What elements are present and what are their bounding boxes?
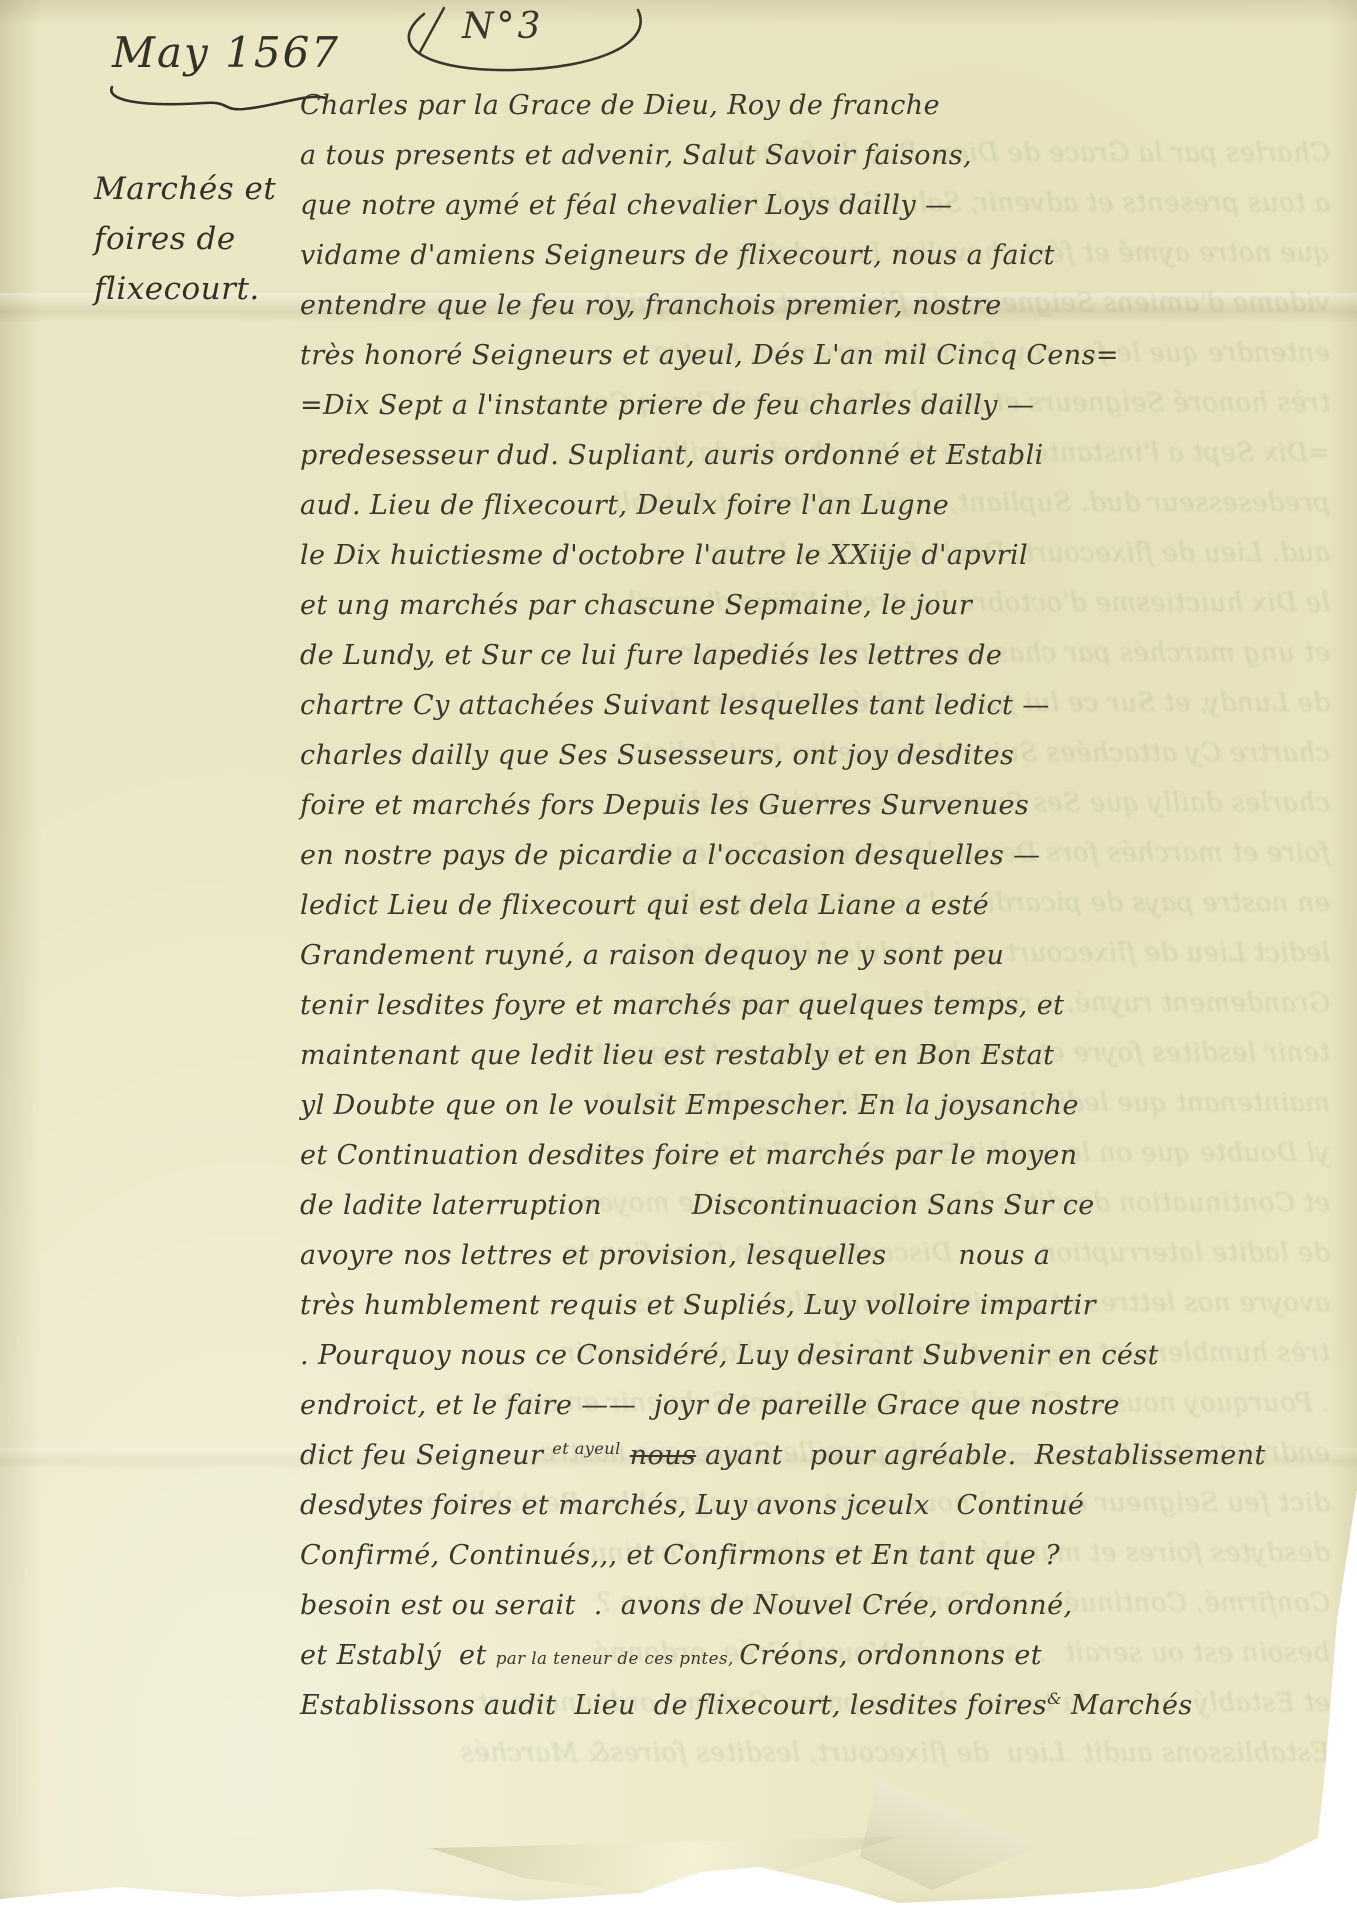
header-date: May 1567 bbox=[112, 28, 340, 77]
manuscript-line: endroict, et le faire —— joyr de pareill… bbox=[300, 1390, 1130, 1440]
line-segment: en nostre pays de picardie a l'occasion … bbox=[300, 840, 1041, 871]
bottom-corner-fold bbox=[860, 1780, 1040, 1890]
line-segment: de ladite laterruption Discontinuacion S… bbox=[300, 1190, 1095, 1221]
bleedthrough-line: Establissons audit Lieu de flixecourt, l… bbox=[30, 1738, 1330, 1788]
line-segment: très humblement requis et Supliés, Luy v… bbox=[300, 1290, 1096, 1321]
manuscript-line: ledict Lieu de flixecourt qui est dela L… bbox=[300, 890, 1130, 940]
manuscript-line: tenir lesdites foyre et marchés par quel… bbox=[300, 990, 1130, 1040]
line-segment: . Pourquoy nous ce Considéré, Luy desira… bbox=[300, 1340, 1159, 1371]
manuscript-line: foire et marchés fors Depuis les Guerres… bbox=[300, 790, 1130, 840]
line-segment: charles dailly que Ses Susesseurs, ont j… bbox=[300, 740, 1014, 771]
line-segment: Charles par la Grace de Dieu, Roy de fra… bbox=[300, 90, 940, 121]
line-segment: foire et marchés fors Depuis les Guerres… bbox=[300, 790, 1029, 821]
manuscript-line: charles dailly que Ses Susesseurs, ont j… bbox=[300, 740, 1130, 790]
line-segment bbox=[621, 1440, 630, 1471]
line-segment: aud. Lieu de flixecourt, Deulx foire l'a… bbox=[300, 490, 949, 521]
manuscript-line: chartre Cy attachées Suivant lesquelles … bbox=[300, 690, 1130, 740]
line-segment: yl Doubte que on le voulsit Empescher. E… bbox=[300, 1090, 1079, 1121]
manuscript-line: très humblement requis et Supliés, Luy v… bbox=[300, 1290, 1130, 1340]
line-segment: le Dix huictiesme d'octobre l'autre le X… bbox=[300, 540, 1028, 571]
line-segment: et ung marchés par chascune Sepmaine, le… bbox=[300, 590, 972, 621]
manuscript-line: entendre que le feu roy, franchois premi… bbox=[300, 290, 1130, 340]
line-segment: Establissons audit Lieu de flixecourt, l… bbox=[300, 1690, 1047, 1721]
manuscript-scan: Charles par la Grace de Dieu, Roy de fra… bbox=[0, 0, 1357, 1920]
manuscript-line: maintenant que ledit lieu est restably e… bbox=[300, 1040, 1130, 1090]
line-segment: =Dix Sept a l'instante priere de feu cha… bbox=[300, 390, 1034, 421]
manuscript-line: Confirmé, Continués,,, et Confirmons et … bbox=[300, 1540, 1130, 1590]
line-segment: vidame d'amiens Seigneurs de flixecourt,… bbox=[300, 240, 1055, 271]
manuscript-line: et Continuation desdites foire et marché… bbox=[300, 1140, 1130, 1190]
manuscript-line: et ung marchés par chascune Sepmaine, le… bbox=[300, 590, 1130, 640]
line-segment: endroict, et le faire —— joyr de pareill… bbox=[300, 1390, 1120, 1421]
manuscript-line: desdytes foires et marchés, Luy avons jc… bbox=[300, 1490, 1130, 1540]
line-segment: chartre Cy attachées Suivant lesquelles … bbox=[300, 690, 1050, 721]
line-segment: maintenant que ledit lieu est restably e… bbox=[300, 1040, 1054, 1071]
line-segment: et Establý et bbox=[300, 1640, 496, 1671]
line-segment: a tous presents et advenir, Salut Savoir… bbox=[300, 140, 972, 171]
line-segment: entendre que le feu roy, franchois premi… bbox=[300, 290, 1002, 321]
manuscript-line: besoin est ou serait . avons de Nouvel C… bbox=[300, 1590, 1130, 1640]
line-segment: de Lundy, et Sur ce lui fure lapediés le… bbox=[300, 640, 1002, 671]
margin-note-line: foires de bbox=[94, 214, 276, 264]
manuscript-line: très honoré Seigneurs et ayeul, Dés L'an… bbox=[300, 340, 1130, 390]
main-text: Charles par la Grace de Dieu, Roy de fra… bbox=[300, 90, 1130, 1740]
manuscript-line: et Establý et par la teneur de ces pntes… bbox=[300, 1640, 1130, 1690]
manuscript-line: en nostre pays de picardie a l'occasion … bbox=[300, 840, 1130, 890]
line-segment: dict feu Seigneur bbox=[300, 1440, 552, 1471]
manuscript-line: . Pourquoy nous ce Considéré, Luy desira… bbox=[300, 1340, 1130, 1390]
manuscript-line: aud. Lieu de flixecourt, Deulx foire l'a… bbox=[300, 490, 1130, 540]
line-segment: par la teneur de ces pntes, bbox=[496, 1648, 740, 1668]
line-segment: predesesseur dud. Supliant, auris ordonn… bbox=[300, 440, 1044, 471]
document-number: N°3 bbox=[462, 6, 543, 47]
manuscript-line: Charles par la Grace de Dieu, Roy de fra… bbox=[300, 90, 1130, 140]
manuscript-line: que notre aymé et féal chevalier Loys da… bbox=[300, 190, 1130, 240]
margin-note-line: flixecourt. bbox=[94, 264, 276, 314]
line-segment: & bbox=[1047, 1689, 1062, 1708]
line-segment: Confirmé, Continués,,, et Confirmons et … bbox=[300, 1540, 1060, 1571]
line-segment: et Continuation desdites foire et marché… bbox=[300, 1140, 1078, 1171]
line-segment: besoin est ou serait . avons de Nouvel C… bbox=[300, 1590, 1072, 1621]
line-segment: ayant pour agréable. Restablissement bbox=[696, 1440, 1266, 1471]
manuscript-line: predesesseur dud. Supliant, auris ordonn… bbox=[300, 440, 1130, 490]
manuscript-line: a tous presents et advenir, Salut Savoir… bbox=[300, 140, 1130, 190]
manuscript-line: de Lundy, et Sur ce lui fure lapediés le… bbox=[300, 640, 1130, 690]
manuscript-line: avoyre nos lettres et provision, lesquel… bbox=[300, 1240, 1130, 1290]
margin-note-line: Marchés et bbox=[94, 164, 276, 214]
line-segment: Grandement ruyné, a raison dequoy ne y s… bbox=[300, 940, 1004, 971]
document-number-group: N°3 bbox=[390, 4, 660, 80]
line-segment: Créons, ordonnons et bbox=[739, 1640, 1042, 1671]
manuscript-line: Grandement ruyné, a raison dequoy ne y s… bbox=[300, 940, 1130, 990]
manuscript-line: dict feu Seigneur et ayeul nous ayant po… bbox=[300, 1440, 1130, 1490]
line-segment: nous bbox=[630, 1440, 697, 1471]
bottom-fold bbox=[430, 1828, 900, 1900]
line-segment: que notre aymé et féal chevalier Loys da… bbox=[300, 190, 952, 221]
manuscript-line: yl Doubte que on le voulsit Empescher. E… bbox=[300, 1090, 1130, 1140]
line-segment: ledict Lieu de flixecourt qui est dela L… bbox=[300, 890, 989, 921]
line-segment: avoyre nos lettres et provision, lesquel… bbox=[300, 1240, 1050, 1271]
line-segment: Marchés bbox=[1062, 1690, 1193, 1721]
line-segment: tenir lesdites foyre et marchés par quel… bbox=[300, 990, 1064, 1021]
manuscript-line: vidame d'amiens Seigneurs de flixecourt,… bbox=[300, 240, 1130, 290]
manuscript-line: =Dix Sept a l'instante priere de feu cha… bbox=[300, 390, 1130, 440]
line-segment: et ayeul bbox=[552, 1439, 620, 1458]
margin-note: Marchés et foires de flixecourt. bbox=[94, 164, 276, 314]
line-segment: très honoré Seigneurs et ayeul, Dés L'an… bbox=[300, 340, 1119, 371]
line-segment: desdytes foires et marchés, Luy avons jc… bbox=[300, 1490, 1084, 1521]
manuscript-line: le Dix huictiesme d'octobre l'autre le X… bbox=[300, 540, 1130, 590]
paper-sheet: Charles par la Grace de Dieu, Roy de fra… bbox=[0, 0, 1357, 1920]
manuscript-line: Establissons audit Lieu de flixecourt, l… bbox=[300, 1690, 1130, 1740]
manuscript-line: de ladite laterruption Discontinuacion S… bbox=[300, 1190, 1130, 1240]
